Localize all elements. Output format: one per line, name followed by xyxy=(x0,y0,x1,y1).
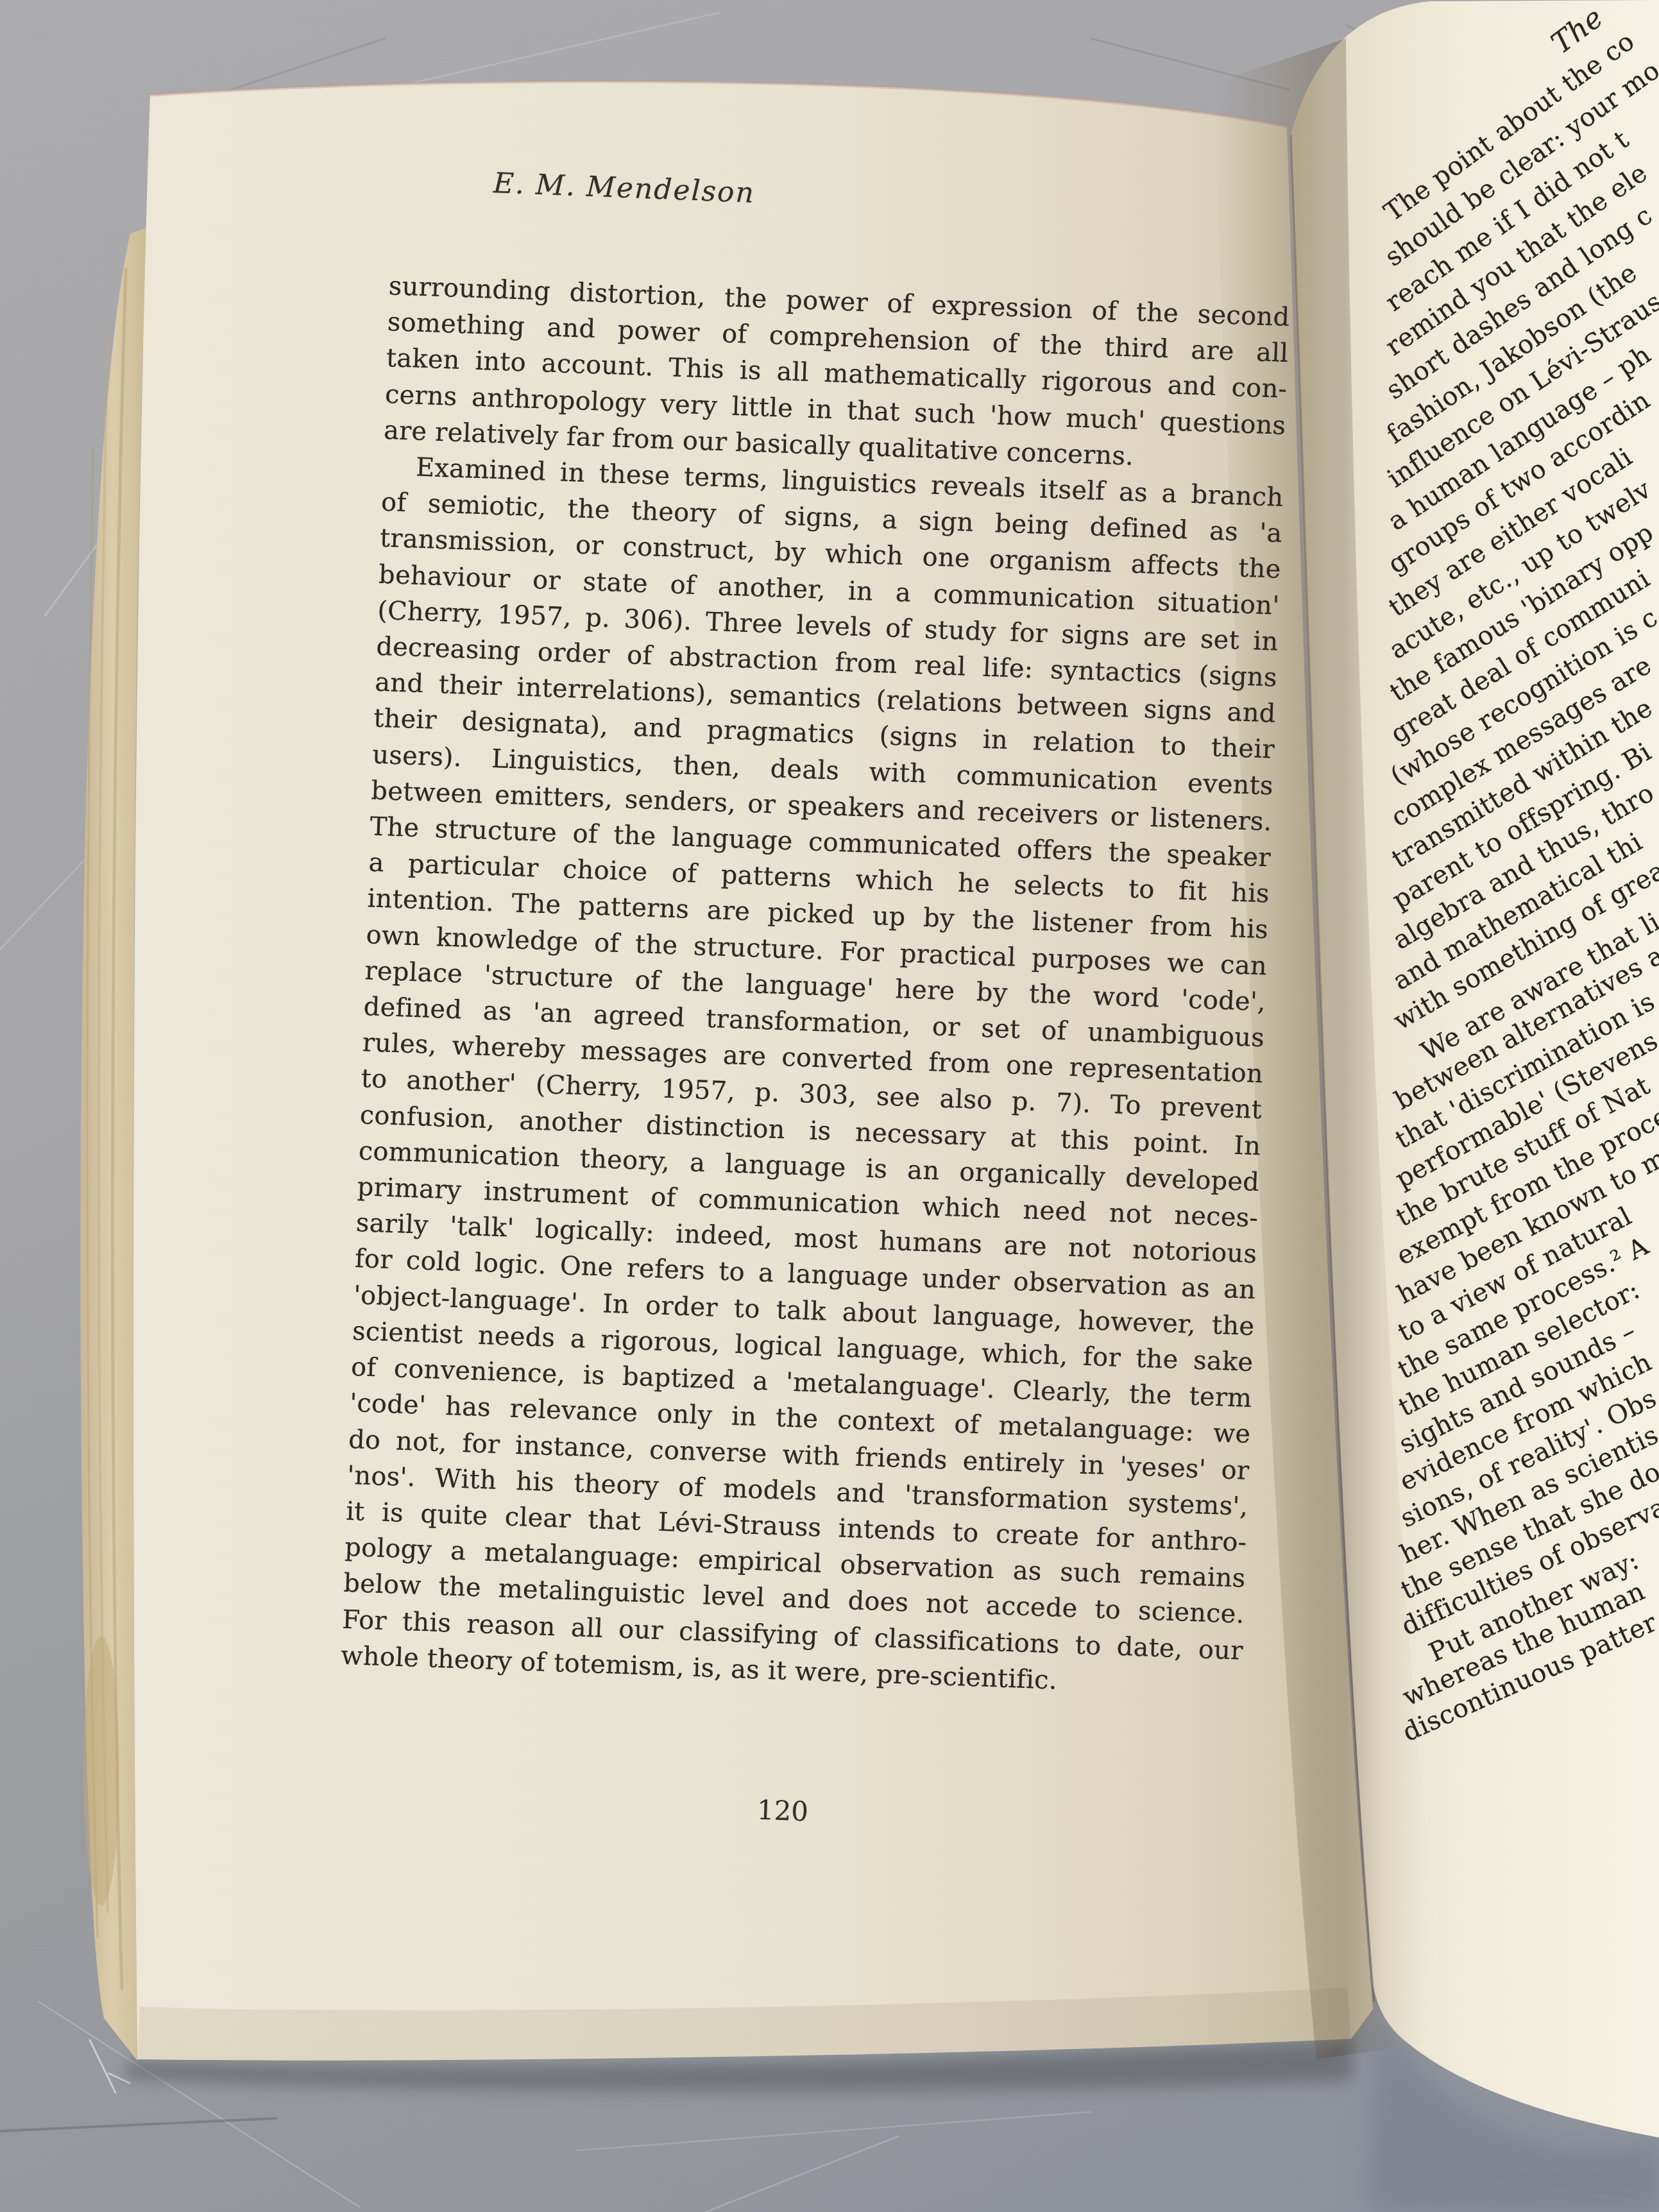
right-page-text: The point about the coshould be clear: y… xyxy=(0,0,1659,2212)
book-photo: E. M. Mendelson surrounding distortion, … xyxy=(0,0,1659,2212)
